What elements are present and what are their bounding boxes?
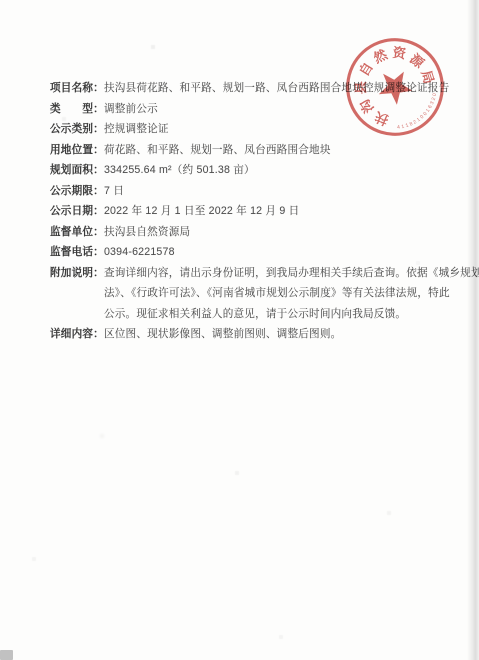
field-label: 用地位置：: [50, 140, 104, 161]
field-value: 2022 年 12 月 1 日至 2022 年 12 月 9 日: [104, 201, 473, 222]
notice-fields: 项目名称： 扶沟县荷花路、和平路、规划一路、凤台西路围合地块控规调整论证报告 类…: [50, 78, 473, 345]
svg-text:源: 源: [407, 51, 427, 71]
field-detailed-content: 详细内容： 区位图、现状影像图、调整前图则、调整后图则。: [50, 324, 473, 345]
scanned-notice-page: 项目名称： 扶沟县荷花路、和平路、规划一路、凤台西路围合地块控规调整论证报告 类…: [0, 0, 479, 660]
field-value: 查询详细内容，请出示身份证明，到我局办理相关手续后查询。依据《城乡规划 法》、《…: [104, 263, 473, 325]
field-supervision-phone: 监督电话： 0394-6221578: [50, 242, 473, 263]
field-value: 7 日: [104, 181, 473, 202]
field-additional-notes: 附加说明： 查询详细内容，请出示身份证明，到我局办理相关手续后查询。依据《城乡规…: [50, 263, 473, 325]
field-value: 荷花路、和平路、规划一路、凤台西路围合地块: [104, 140, 473, 161]
notes-line-2: 法》、《行政许可法》、《河南省城市规划公示制度》等有关法律法规，特此: [104, 283, 473, 304]
field-label: 监督单位：: [50, 222, 104, 243]
svg-text:然: 然: [371, 45, 391, 65]
field-label: 类 型：: [50, 99, 104, 120]
field-value: 334255.64 m²（约 501.38 亩）: [104, 160, 473, 181]
field-label: 监督电话：: [50, 242, 104, 263]
field-label: 附加说明：: [50, 263, 104, 284]
field-label: 详细内容：: [50, 324, 104, 345]
field-type: 类 型： 调整前公示: [50, 99, 473, 120]
scan-artifact: [0, 650, 13, 660]
field-label: 公示类别：: [50, 119, 104, 140]
field-land-location: 用地位置： 荷花路、和平路、规划一路、凤台西路围合地块: [50, 140, 473, 161]
field-value: 扶沟县荷花路、和平路、规划一路、凤台西路围合地块控规调整论证报告: [104, 78, 473, 99]
scan-noise: [0, 0, 2, 2]
field-value: 区位图、现状影像图、调整前图则、调整后图则。: [104, 324, 473, 345]
field-value: 0394-6221578: [104, 242, 473, 263]
field-label: 公示期限：: [50, 181, 104, 202]
field-value: 调整前公示: [104, 99, 473, 120]
svg-text:自: 自: [355, 59, 376, 79]
field-label: 项目名称：: [50, 78, 104, 99]
field-value: 控规调整论证: [104, 119, 473, 140]
field-notice-category: 公示类别： 控规调整论证: [50, 119, 473, 140]
field-project-name: 项目名称： 扶沟县荷花路、和平路、规划一路、凤台西路围合地块控规调整论证报告: [50, 78, 473, 99]
field-label: 公示日期：: [50, 201, 104, 222]
field-label: 规划面积：: [50, 160, 104, 181]
field-value: 扶沟县自然资源局: [104, 222, 473, 243]
field-notice-duration: 公示期限： 7 日: [50, 181, 473, 202]
field-planned-area: 规划面积： 334255.64 m²（约 501.38 亩）: [50, 160, 473, 181]
field-supervising-unit: 监督单位： 扶沟县自然资源局: [50, 222, 473, 243]
svg-text:资: 资: [392, 44, 408, 62]
notes-line-1: 查询详细内容，请出示身份证明，到我局办理相关手续后查询。依据《城乡规划: [104, 263, 473, 284]
field-notice-dates: 公示日期： 2022 年 12 月 1 日至 2022 年 12 月 9 日: [50, 201, 473, 222]
notes-line-3: 公示。现征求相关利益人的意见，请于公示时间内向我局反馈。: [104, 304, 473, 325]
